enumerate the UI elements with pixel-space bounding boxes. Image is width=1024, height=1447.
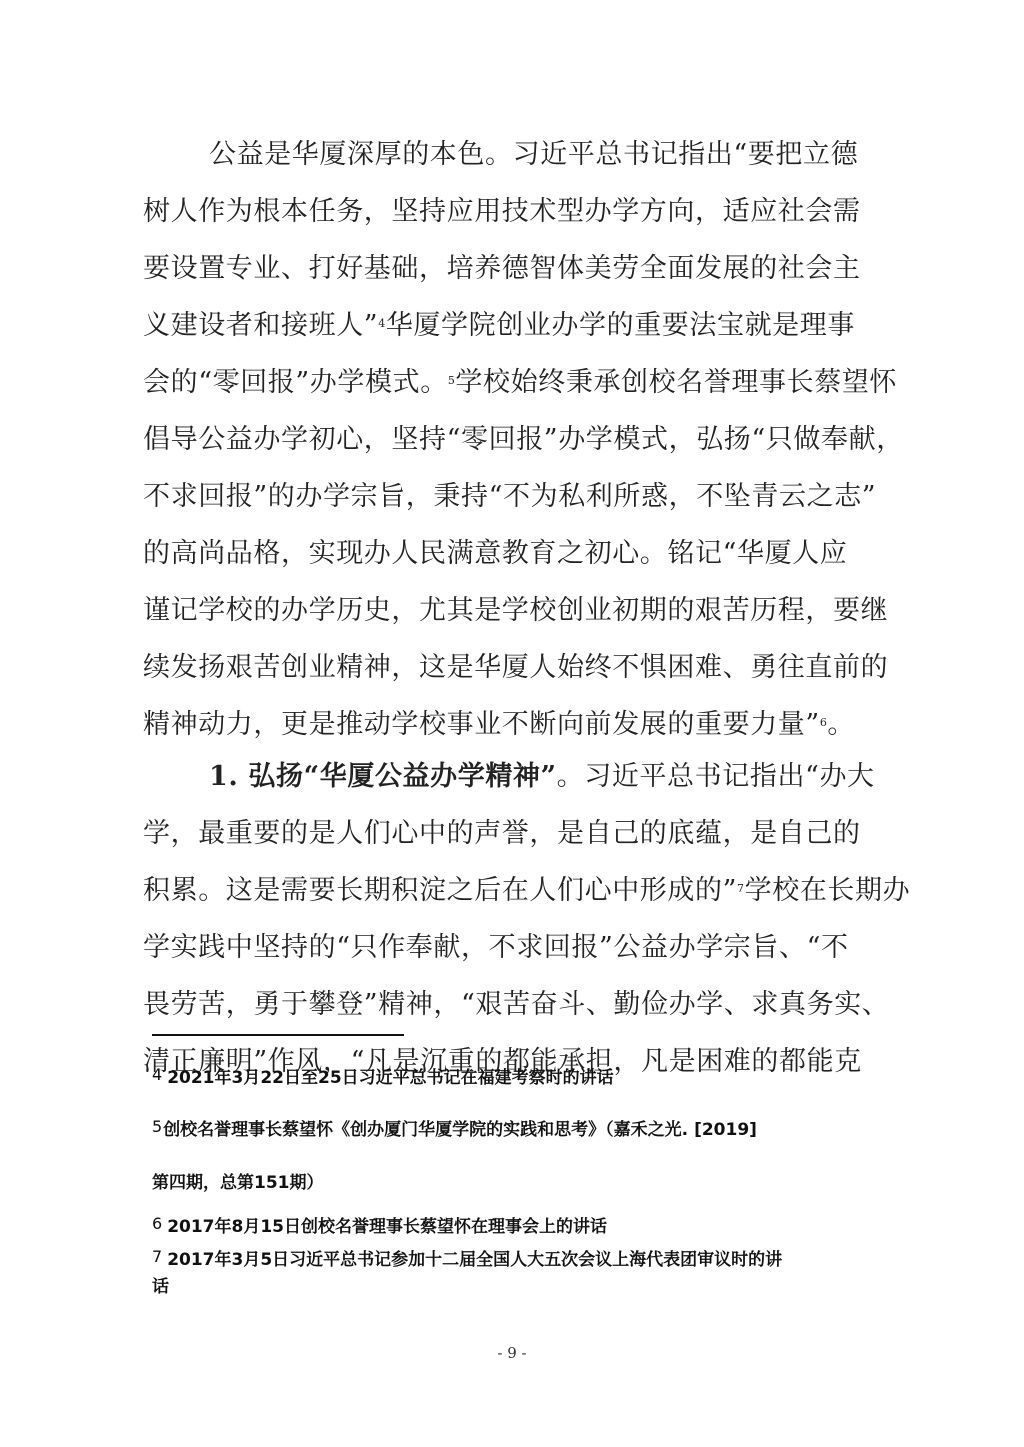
text-span: 。习近平总书记指出“办大 <box>557 761 875 792</box>
paragraph-1-line-8: 的高尚品格，实现办人民满意教育之初心。铭记“华厦人应 <box>143 534 847 574</box>
text-span: 公益是华厦深厚的本色。习近平总书记指出“要把立德 <box>209 139 858 170</box>
paragraph-1-line-6: 倡导公益办学初心，坚持“零回报”办学模式，弘扬“只做奉献， <box>143 420 904 460</box>
footnote-ref-4: 4 <box>378 317 386 330</box>
text-span: 的高尚品格，实现办人民满意教育之初心。铭记“华厦人应 <box>143 538 847 569</box>
text-span: 学校在长期办 <box>745 875 911 906</box>
paragraph-1-line-9: 谨记学校的办学历史，尤其是学校创业初期的艰苦历程，要继 <box>143 591 888 631</box>
paragraph-2-line-4: 学实践中坚持的“只作奉献，不求回报”公益办学宗旨、“不 <box>143 928 849 968</box>
footnote-separator <box>152 1034 404 1036</box>
paragraph-1-line-1: 公益是华厦深厚的本色。习近平总书记指出“要把立德 <box>209 135 858 175</box>
footnote-number: 7 <box>152 1247 162 1266</box>
text-span: 畏劳苦，勇于攀登”精神，“艰苦奋斗、勤俭办学、求真务实、 <box>143 989 889 1020</box>
footnote-number: 6 <box>152 1214 162 1233</box>
paragraph-1-line-3: 要设置专业、打好基础，培养德智体美劳全面发展的社会主 <box>143 249 861 289</box>
text-span: 。 <box>827 709 855 740</box>
paragraph-2-line-5: 畏劳苦，勇于攀登”精神，“艰苦奋斗、勤俭办学、求真务实、 <box>143 985 889 1025</box>
text-span: 续发扬艰苦创业精神，这是华厦人始终不惧困难、勇往直前的 <box>143 652 888 683</box>
page-number: - 9 - <box>0 1344 1024 1362</box>
footnote-text: 2017年8月15日创校名誉理事长蔡望怀在理事会上的讲话 <box>167 1217 607 1237</box>
footnote-text: 2017年3月5日习近平总书记参加十二届全国人大五次会议上海代表团审议时的讲 <box>167 1250 782 1270</box>
footnote-text: 话 <box>152 1277 169 1297</box>
footnote-ref-5: 5 <box>448 374 456 387</box>
paragraph-1-line-7: 不求回报”的办学宗旨，秉持“不为私利所惑，不坠青云之志” <box>143 477 876 517</box>
paragraph-2-line-2: 学，最重要的是人们心中的声誉，是自己的底蕴，是自己的 <box>143 814 861 854</box>
paragraph-1-line-11: 精神动力，更是推动学校事业不断向前发展的重要力量”6。 <box>143 705 855 745</box>
footnote-5: 5创校名誉理事长蔡望怀《创办厦门华厦学院的实践和思考》（嘉禾之光. [2019] <box>152 1118 757 1142</box>
text-span: 精神动力，更是推动学校事业不断向前发展的重要力量” <box>143 709 820 740</box>
text-span: 学实践中坚持的“只作奉献，不求回报”公益办学宗旨、“不 <box>143 932 849 963</box>
text-span: 要设置专业、打好基础，培养德智体美劳全面发展的社会主 <box>143 253 861 284</box>
footnote-ref-6: 6 <box>820 716 828 729</box>
footnote-6: 62017年8月15日创校名誉理事长蔡望怀在理事会上的讲话 <box>152 1215 607 1239</box>
paragraph-2-line-1: 1. 弘扬“华厦公益办学精神”。习近平总书记指出“办大 <box>209 757 875 797</box>
paragraph-1-line-2: 树人作为根本任务，坚持应用技术型办学方向，适应社会需 <box>143 192 861 232</box>
footnote-text: 创校名誉理事长蔡望怀《创办厦门华厦学院的实践和思考》（嘉禾之光. [2019] <box>163 1120 757 1140</box>
footnote-5-continued: 第四期，总第151期） <box>152 1171 324 1195</box>
paragraph-1-line-4: 义建设者和接班人”4华厦学院创业办学的重要法宝就是理事 <box>143 306 855 346</box>
footnote-ref-7: 7 <box>737 882 745 895</box>
text-span: 华厦学院创业办学的重要法宝就是理事 <box>386 310 855 341</box>
footnote-7: 72017年3月5日习近平总书记参加十二届全国人大五次会议上海代表团审议时的讲 <box>152 1248 782 1272</box>
document-page: 公益是华厦深厚的本色。习近平总书记指出“要把立德 树人作为根本任务，坚持应用技术… <box>0 0 1024 1447</box>
text-span: 学，最重要的是人们心中的声誉，是自己的底蕴，是自己的 <box>143 818 861 849</box>
footnote-number: 5 <box>152 1117 162 1136</box>
footnote-4: 42021年3月22日至25日习近平总书记在福建考察时的讲话 <box>152 1066 614 1090</box>
text-span: 积累。这是需要长期积淀之后在人们心中形成的” <box>143 875 737 906</box>
text-span: 义建设者和接班人” <box>143 310 378 341</box>
section-heading: 1. 弘扬“华厦公益办学精神” <box>209 761 557 792</box>
footnote-number: 4 <box>152 1065 162 1084</box>
footnote-text: 第四期，总第151期） <box>152 1173 324 1193</box>
text-span: 树人作为根本任务，坚持应用技术型办学方向，适应社会需 <box>143 196 861 227</box>
footnote-7-continued: 话 <box>152 1275 169 1299</box>
text-span: 学校始终秉承创校名誉理事长蔡望怀 <box>455 367 897 398</box>
footnote-text: 2021年3月22日至25日习近平总书记在福建考察时的讲话 <box>167 1068 613 1088</box>
paragraph-2-line-3: 积累。这是需要长期积淀之后在人们心中形成的”7学校在长期办 <box>143 871 910 911</box>
text-span: 会的“零回报”办学模式。 <box>143 367 448 398</box>
text-span: 倡导公益办学初心，坚持“零回报”办学模式，弘扬“只做奉献， <box>143 424 904 455</box>
text-span: 不求回报”的办学宗旨，秉持“不为私利所惑，不坠青云之志” <box>143 481 876 512</box>
text-span: 谨记学校的办学历史，尤其是学校创业初期的艰苦历程，要继 <box>143 595 888 626</box>
paragraph-1-line-10: 续发扬艰苦创业精神，这是华厦人始终不惧困难、勇往直前的 <box>143 648 888 688</box>
paragraph-1-line-5: 会的“零回报”办学模式。5学校始终秉承创校名誉理事长蔡望怀 <box>143 363 897 403</box>
